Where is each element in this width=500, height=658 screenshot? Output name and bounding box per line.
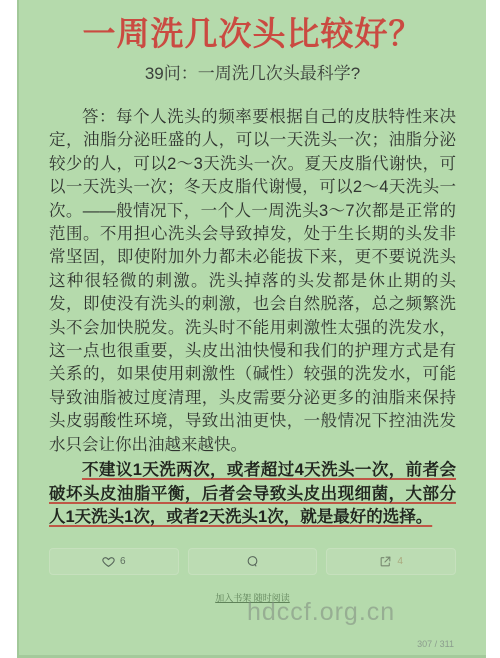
share-count: 4 bbox=[397, 556, 403, 567]
share-button[interactable]: 4 bbox=[326, 548, 456, 575]
reader-toolbar: 6 4 bbox=[19, 548, 486, 575]
heart-icon bbox=[102, 555, 115, 568]
article-body: 答：每个人洗头的频率要根据自己的皮肤特性来决定，油脂分泌旺盛的人，可以一天洗头一… bbox=[19, 106, 486, 457]
watermark: hdccf.org.cn bbox=[247, 598, 395, 627]
reader-page: 一周洗几次头比较好？ 39问：一周洗几次头最科学? 答：每个人洗头的频率要根据自… bbox=[17, 0, 486, 658]
like-count: 6 bbox=[120, 556, 126, 567]
page-indicator: 307 / 311 bbox=[417, 639, 454, 649]
comment-bubble-icon bbox=[246, 555, 259, 568]
like-button[interactable]: 6 bbox=[49, 548, 179, 575]
comment-button[interactable] bbox=[188, 548, 318, 575]
page-subtitle: 39问：一周洗几次头最科学? bbox=[19, 62, 486, 86]
article-emphasis-underlined: 不建议1天洗两次，或者超过4天洗头一次，前者会破坏头皮油脂平衡，后者会导致头皮出… bbox=[19, 459, 486, 529]
page-title: 一周洗几次头比较好？ bbox=[19, 13, 486, 55]
share-icon bbox=[379, 555, 392, 568]
